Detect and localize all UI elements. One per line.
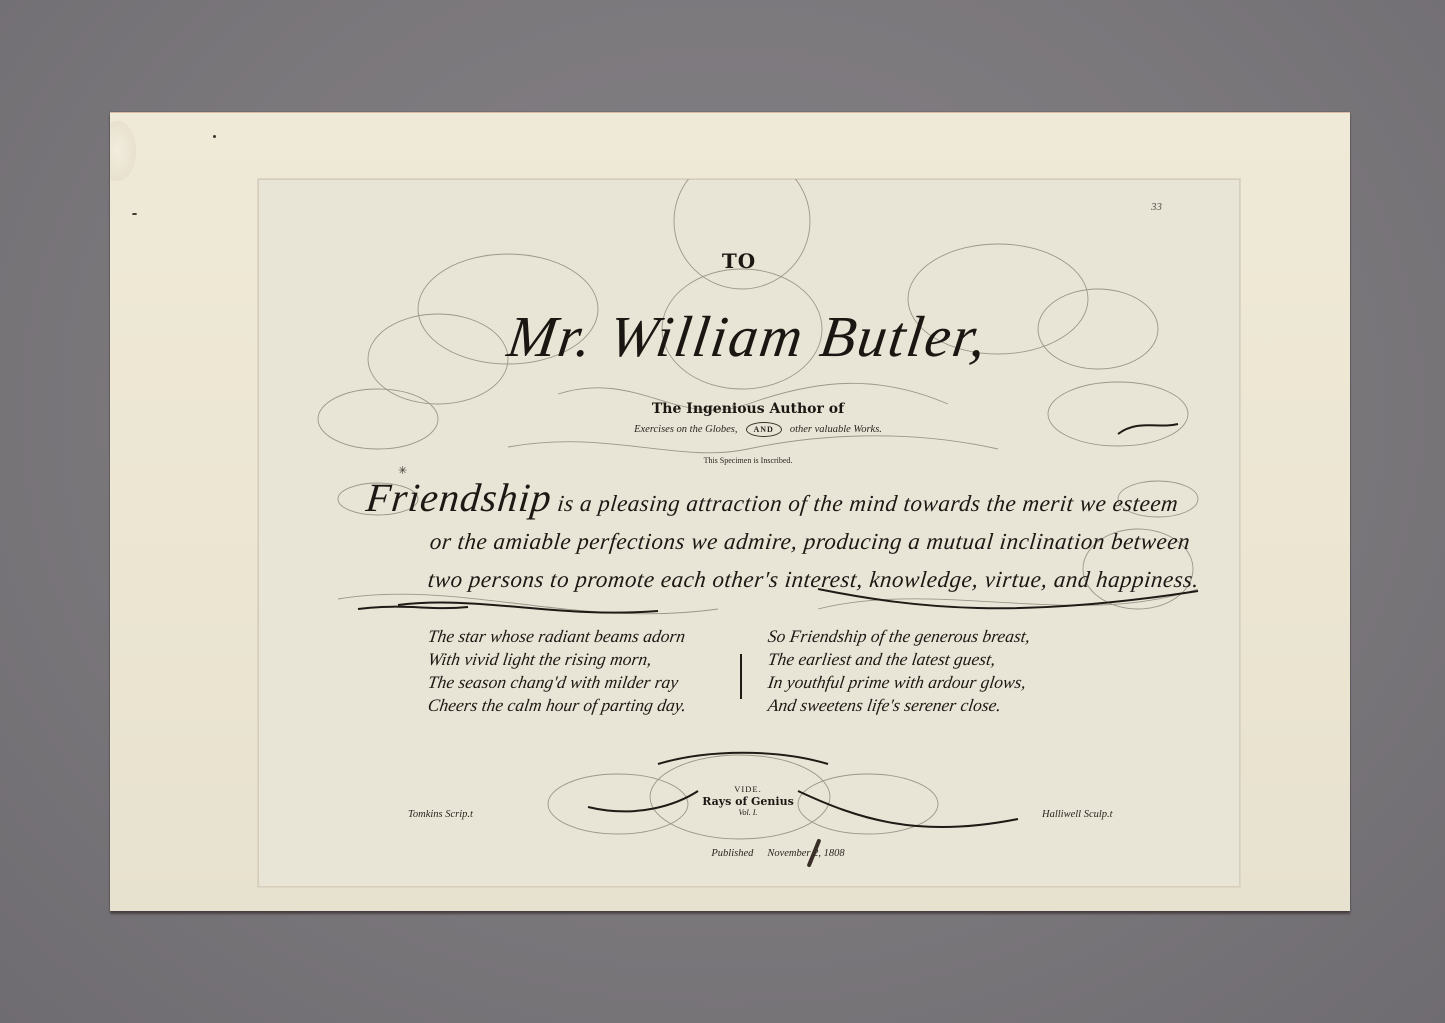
prose-line-1: Friendship is a pleasing attraction of t… [364,479,1189,523]
source-citation: VIDE. Rays of Genius Vol. I. [678,784,818,817]
published-date: November 2, 1808 [767,848,844,859]
torn-edge [110,121,136,181]
prose-line-3: two persons to promote each other's inte… [364,561,1188,599]
prose-first-word: Friendship [364,475,554,520]
scribe-credit: Tomkins Scrip.t [408,809,473,820]
paper-sheet: 33 [110,112,1350,911]
poem-line: The star whose radiant beams adorn [426,625,687,648]
poem-stanza-right: So Friendship of the generous breast, Th… [768,625,1030,717]
works-line: Exercises on the Globes, AND other valua… [548,422,968,437]
poem-line: So Friendship of the generous breast, [766,625,1031,648]
foxing-spot [213,135,216,138]
page-number: 33 [1151,201,1162,213]
prose-line-2: or the amiable perfections we admire, pr… [364,523,1188,561]
addressee-name: Mr. William Butler, [383,303,1112,370]
inscription-note: This Specimen is Inscribed. [648,456,848,465]
works-other: other valuable Works. [790,424,882,435]
poem-stanza-left: The star whose radiant beams adorn With … [428,625,686,717]
publication-line: Published November 2, 1808 [678,848,878,859]
source-title: Rays of Genius [678,795,818,808]
poem-line: The earliest and the latest guest, [766,648,1031,671]
friendship-definition: Friendship is a pleasing attraction of t… [366,479,1186,599]
published-label: Published [711,848,753,859]
poem-line: And sweetens life's serener close. [766,694,1031,717]
foxing-spot [132,213,137,215]
engraver-credit: Halliwell Sculp.t [1042,809,1113,820]
works-globes: Exercises on the Globes, [634,424,737,435]
prose-line-1-text: is a pleasing attraction of the mind tow… [550,491,1180,516]
author-epithet: The Ingenious Author of [628,401,868,417]
poem-line: Cheers the calm hour of parting day. [426,694,687,717]
poem-line: The season chang'd with milder ray [426,671,687,694]
dedication-to: TO [714,249,764,273]
works-and: AND [746,422,782,437]
engraved-plate: 33 [258,179,1240,887]
source-volume: Vol. I. [678,808,818,817]
poem-line: With vivid light the rising morn, [426,648,687,671]
poem-line: In youthful prime with ardour glows, [766,671,1031,694]
vide-label: VIDE. [678,784,818,794]
